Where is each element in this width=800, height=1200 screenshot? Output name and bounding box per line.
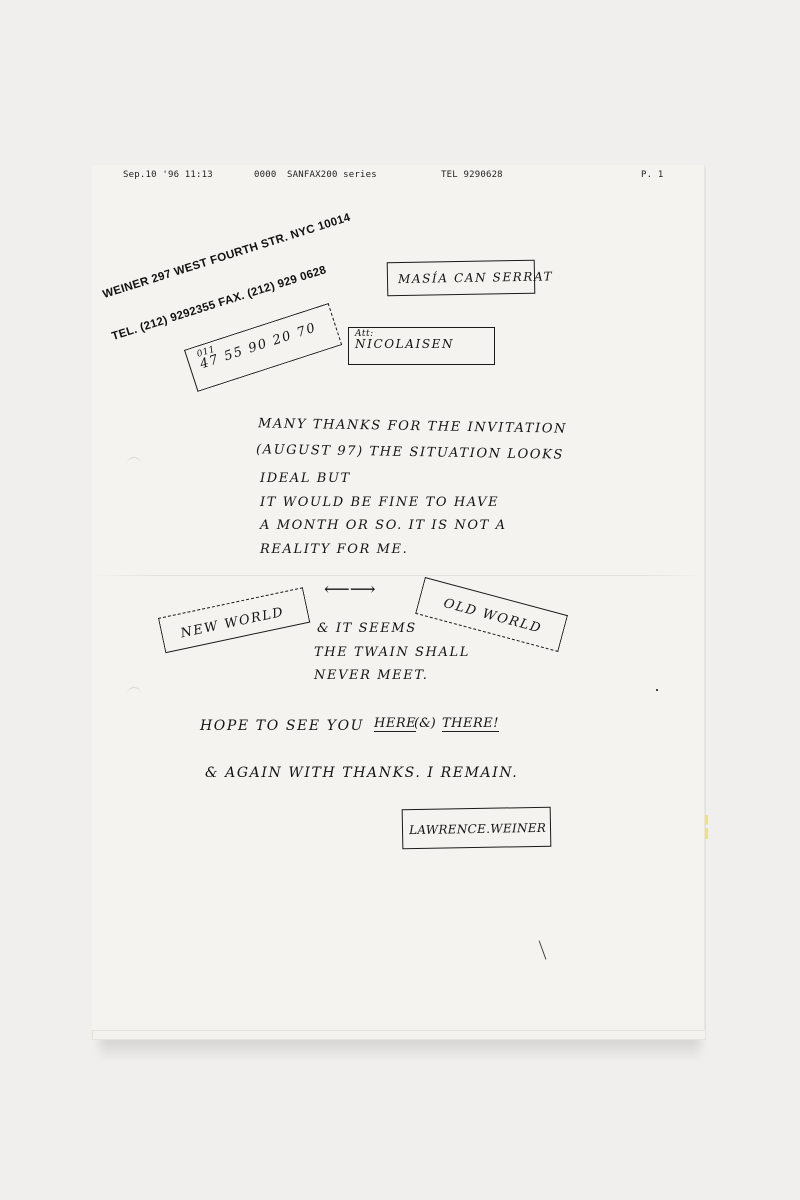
closing-line: & AGAIN WITH THANKS. I REMAIN. [205,765,518,781]
hope-there: THERE! [442,716,499,732]
message-line-5: A MONTH OR SO. IT IS NOT A [260,518,507,533]
fax-job-number: 0000 [254,170,276,180]
punch-hole-top [127,457,141,471]
stray-dot [656,689,658,691]
message-line-2: (AUGUST 97) THE SITUATION LOOKS [256,442,564,462]
signature: LAWRENCE.WEINER [409,821,546,837]
yellow-tape-edge [705,815,708,839]
fax-date-time: Sep.10 '96 11:13 [123,170,213,180]
fax-page-number: P. 1 [641,170,663,180]
message-line-4: IT WOULD BE FINE TO HAVE [260,495,499,510]
hope-line-start: HOPE TO SEE YOU [200,718,364,734]
fold-line [92,575,704,576]
attention-box: Att: NICOLAISEN [348,327,495,365]
stray-mark [539,940,547,959]
hope-and: (&) [414,716,436,731]
venue-name: MASÍA CAN SERRAT [398,269,553,286]
fax-page: Sep.10 '96 11:13 0000 SANFAX200 series T… [92,165,705,1031]
twain-line-3: NEVER MEET. [314,668,428,683]
twain-line-1: & IT SEEMS [317,621,417,636]
hope-here: HERE [374,716,416,732]
attention-name: NICOLAISEN [355,337,494,351]
signature-box: LAWRENCE.WEINER [402,807,552,850]
double-arrow-icon: ⟵⟶ [324,579,376,600]
new-world-box: NEW WORLD [158,587,310,653]
fax-number-box: 011 47 55 90 20 70 [184,303,342,392]
fax-machine: SANFAX200 series [287,170,377,180]
punch-hole-bottom [127,687,141,701]
old-world-box: OLD WORLD [415,577,568,652]
letterhead-address: WEINER 297 WEST FOURTH STR. NYC 10014 [101,212,352,301]
twain-line-2: THE TWAIN SHALL [314,645,470,660]
new-world-label: NEW WORLD [179,605,285,642]
message-line-6: REALITY FOR ME. [260,542,408,557]
fax-tel: TEL 9290628 [441,170,503,180]
message-line-1: MANY THANKS FOR THE INVITATION [258,416,567,436]
old-world-label: OLD WORLD [442,596,544,637]
message-line-3: IDEAL BUT [260,471,351,486]
venue-box: MASÍA CAN SERRAT [387,260,536,297]
